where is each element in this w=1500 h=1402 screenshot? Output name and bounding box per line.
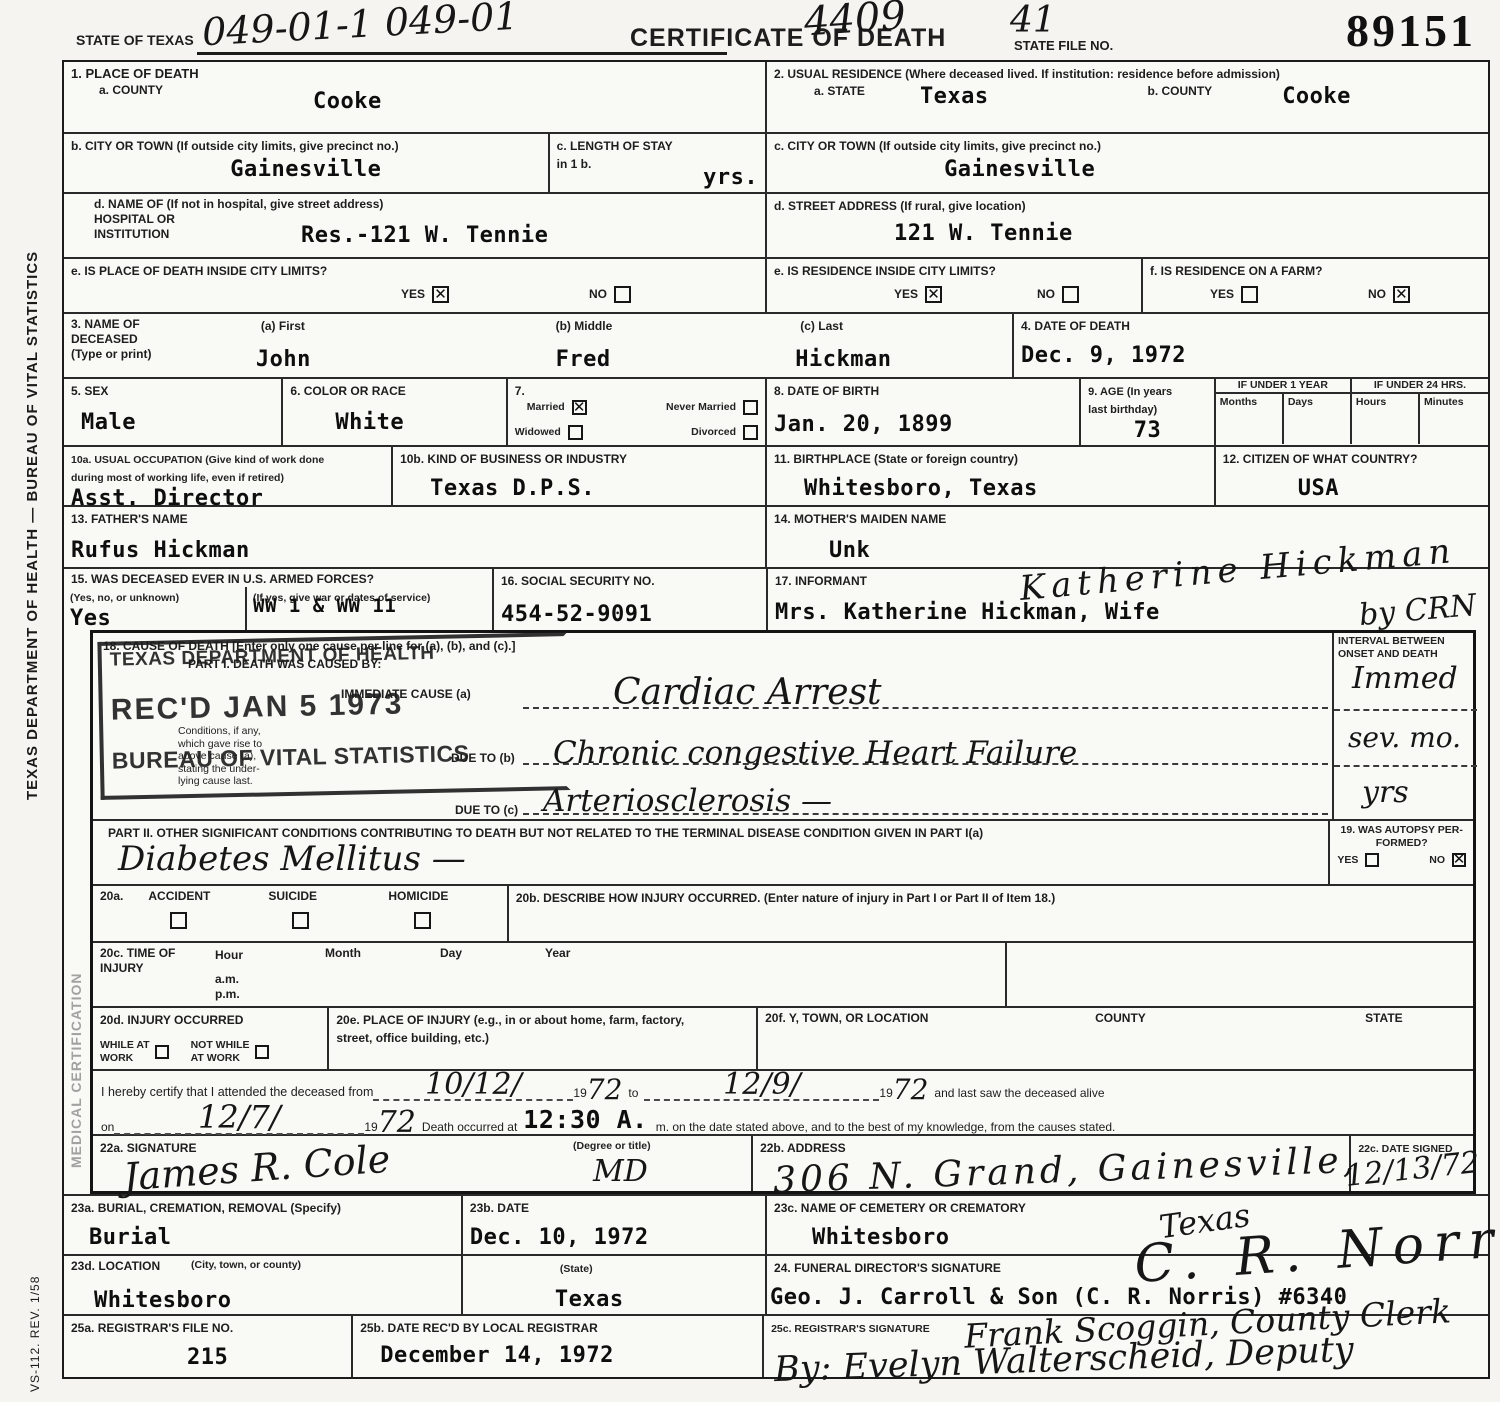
marital-married: Married✕: [527, 400, 587, 415]
field-5-sex: 5. SEX Male: [64, 379, 281, 445]
middle-name-value: Fred: [556, 347, 756, 372]
if-under-1-year-label: IF UNDER 1 YEAR: [1216, 379, 1352, 392]
stamp-bureau-line: BUREAU OF VITAL STATISTICS: [112, 738, 558, 774]
citizen-value: USA: [1298, 476, 1481, 501]
autopsy-yes: YES: [1337, 853, 1379, 867]
last-seen-line: 12/7/: [114, 1105, 364, 1135]
row-22: 22a. SIGNATURE (Degree or title) James R…: [93, 1134, 1473, 1191]
days-label: Days: [1284, 394, 1352, 444]
sex-value: Male: [81, 410, 274, 435]
field-9-age: 9. AGE (In years last birthday) 73: [1079, 379, 1214, 445]
field-2-usual-residence: 2. USUAL RESIDENCE (Where deceased lived…: [765, 62, 1488, 132]
row-place-residence: 1. PLACE OF DEATH a. COUNTY Cooke 2. USU…: [64, 62, 1488, 132]
row-occupation: 10a. USUAL OCCUPATION (Give kind of work…: [64, 445, 1488, 505]
last-seen-handwritten: 12/7/: [198, 1098, 281, 1136]
registrars-file-no-value: 215: [71, 1345, 344, 1370]
farm-no-checkbox: ✕: [1393, 286, 1410, 303]
attended-to-line: 12/9/: [644, 1073, 879, 1101]
residence-limits-no: NO: [1037, 286, 1079, 303]
place-limits-yes-checkbox: ✕: [432, 286, 449, 303]
header-rule: [197, 52, 727, 55]
field-1c-length-of-stay: c. LENGTH OF STAY in 1 b. yrs.: [548, 134, 765, 192]
field-8-date-of-birth: 8. DATE OF BIRTH Jan. 20, 1899: [765, 379, 1079, 445]
field-15-armed-forces: 15. WAS DECEASED EVER IN U.S. ARMED FORC…: [64, 569, 492, 630]
farm-yes: YES: [1210, 286, 1258, 303]
place-limits-no: NO: [589, 286, 631, 303]
residence-city-value: Gainesville: [944, 157, 1481, 182]
field-7-marital-status: 7. Married✕ Never Married Widowed Divorc…: [506, 379, 765, 445]
interval-column: INTERVAL BETWEEN ONSET AND DEATH Immed s…: [1332, 633, 1477, 819]
autopsy-no: NO✕: [1429, 853, 1466, 867]
burial-date-value: Dec. 10, 1972: [470, 1225, 758, 1250]
if-under-24-hrs-label: IF UNDER 24 HRS.: [1352, 379, 1488, 392]
marital-widowed: Widowed: [515, 425, 583, 440]
row-city: b. CITY OR TOWN (If outside city limits,…: [64, 132, 1488, 192]
married-checkbox: ✕: [572, 400, 587, 415]
field-6-color-or-race: 6. COLOR OR RACE White: [281, 379, 505, 445]
marital-divorced: Divorced: [691, 425, 758, 440]
place-county-value: Cooke: [313, 89, 382, 114]
marital-never-married: Never Married: [666, 400, 758, 415]
first-name-value: John: [256, 347, 456, 372]
field-20d-injury-occurred: 20d. INJURY OCCURRED WHILE AT WORK NOT W…: [93, 1008, 327, 1069]
state-file-no-label: STATE FILE NO.: [1014, 38, 1113, 54]
last-name-value: Hickman: [795, 347, 1005, 372]
field-20f-location: 20f. Y, TOWN, OR LOCATION COUNTY STATE: [756, 1008, 1473, 1069]
field-23a-burial: 23a. BURIAL, CREMATION, REMOVAL (Specify…: [64, 1196, 461, 1254]
cause-b-line: Chronic congestive Heart Failure: [523, 709, 1328, 765]
field-23d-location: 23d. LOCATION (City, town, or county) Wh…: [64, 1256, 461, 1314]
field-16-ssn: 16. SOCIAL SECURITY NO. 454-52-9091: [492, 569, 766, 630]
burial-state-value: Texas: [555, 1287, 758, 1312]
attended-from-line: 10/12/: [373, 1073, 573, 1101]
field-20a-manner: 20a. ACCIDENT SUICIDE HOMICIDE: [93, 886, 507, 941]
handwritten-number-1: 4409: [803, 0, 908, 45]
months-label: Months: [1216, 394, 1284, 444]
field-20e-place-of-injury: 20e. PLACE OF INJURY (e.g., in or about …: [327, 1008, 756, 1069]
field-25a-registrars-file-no: 25a. REGISTRAR'S FILE NO. 215: [64, 1316, 351, 1377]
field-23b-date: 23b. DATE Dec. 10, 1972: [461, 1196, 765, 1254]
field-22b-address: 22b. ADDRESS 306 N. Grand, Gainesville,: [751, 1136, 1349, 1191]
interval-c-handwritten: yrs: [1362, 775, 1409, 810]
field-20b-describe-injury: 20b. DESCRIBE HOW INJURY OCCURRED. (Ente…: [507, 886, 1473, 941]
while-at-work-checkbox: [155, 1045, 169, 1059]
divorced-checkbox: [743, 425, 758, 440]
header: STATE OF TEXAS 049-01-1 049-01 CERTIFICA…: [62, 0, 1490, 60]
row-part2-autopsy: PART II. OTHER SIGNIFICANT CONDITIONS CO…: [93, 819, 1473, 884]
medical-certification-block: 18. CAUSE OF DEATH [Enter only one cause…: [90, 630, 1476, 1194]
interval-b-handwritten: sev. mo.: [1348, 721, 1461, 754]
row-address: d. NAME OF (If not in hospital, give str…: [64, 192, 1488, 257]
place-city-value: Gainesville: [71, 157, 541, 182]
age-value: 73: [1088, 418, 1207, 443]
field-12-citizen: 12. CITIZEN OF WHAT COUNTRY? USA: [1214, 447, 1488, 505]
field-10a-occupation: 10a. USUAL OCCUPATION (Give kind of work…: [64, 447, 391, 505]
field-1b-city: b. CITY OR TOWN (If outside city limits,…: [64, 134, 548, 192]
cause-c-line: Arteriosclerosis —: [523, 765, 1328, 815]
burial-location-value: Whitesboro: [94, 1288, 231, 1313]
cause-c-handwritten: Arteriosclerosis —: [543, 783, 832, 819]
certificate-form: 1. PLACE OF DEATH a. COUNTY Cooke 2. USU…: [62, 60, 1490, 1379]
hours-label: Hours: [1352, 394, 1420, 444]
row-20a-20b: 20a. ACCIDENT SUICIDE HOMICIDE 20b. DESC…: [93, 884, 1473, 941]
autopsy-no-checkbox: ✕: [1452, 853, 1466, 867]
homicide-checkbox: [414, 912, 431, 929]
interval-a-handwritten: Immed: [1352, 661, 1458, 696]
field-3-name-of-deceased: 3. NAME OF DECEASED (Type or print) (a) …: [64, 314, 1012, 377]
date-recd-value: December 14, 1972: [380, 1343, 755, 1368]
physician-degree-handwritten: MD: [593, 1154, 648, 1189]
field-1e-inside-city-limits: e. IS PLACE OF DEATH INSIDE CITY LIMITS?…: [64, 259, 765, 312]
part2-handwritten: Diabetes Mellitus —: [118, 839, 466, 879]
row-20c: 20c. TIME OF INJURY Hour a.m. p.m. Month…: [93, 941, 1473, 1006]
ssn-value: 454-52-9091: [501, 602, 759, 627]
attended-from-handwritten: 10/12/: [425, 1067, 522, 1102]
field-18-part2: PART II. OTHER SIGNIFICANT CONDITIONS CO…: [93, 821, 1328, 884]
burial-value: Burial: [89, 1225, 454, 1250]
to-year-handwritten: 72: [893, 1079, 929, 1101]
birthplace-value: Whitesboro, Texas: [804, 476, 1207, 501]
stamp-date-line: REC'D JAN 5 1973: [110, 684, 557, 727]
form-number: VS-112. REV. 1/58: [28, 1276, 42, 1392]
field-22a-signature: 22a. SIGNATURE (Degree or title) James R…: [93, 1136, 751, 1191]
physician-address-handwritten: 306 N. Grand, Gainesville,: [773, 1140, 1359, 1201]
business-value: Texas D.P.S.: [430, 476, 758, 501]
informant-initials-handwritten: by CRN: [1357, 588, 1477, 633]
cause-a-line: Cardiac Arrest: [523, 633, 1328, 709]
field-2e-residence-limits: e. IS RESIDENCE INSIDE CITY LIMITS? YES✕…: [765, 259, 1141, 312]
row-name: 3. NAME OF DECEASED (Type or print) (a) …: [64, 312, 1488, 377]
field-1d-hospital: d. NAME OF (If not in hospital, give str…: [64, 194, 765, 257]
date-of-death-value: Dec. 9, 1972: [1021, 343, 1481, 368]
residence-state-value: Texas: [920, 84, 989, 109]
widowed-checkbox: [568, 425, 583, 440]
residence-county-value: Cooke: [1282, 84, 1351, 109]
row-limits: e. IS PLACE OF DEATH INSIDE CITY LIMITS?…: [64, 257, 1488, 312]
field-1-place-of-death: 1. PLACE OF DEATH a. COUNTY Cooke: [64, 62, 765, 132]
place-limits-no-checkbox: [614, 286, 631, 303]
row-25: 25a. REGISTRAR'S FILE NO. 215 25b. DATE …: [64, 1314, 1488, 1377]
field-20c-time-of-injury: 20c. TIME OF INJURY Hour a.m. p.m. Month…: [93, 943, 1005, 1006]
field-10b-business: 10b. KIND OF BUSINESS OR INDUSTRY Texas …: [391, 447, 765, 505]
field-21-certification: I hereby certify that I attended the dec…: [93, 1069, 1473, 1134]
war-service-value: WW 1 & WW 11: [253, 596, 486, 618]
autopsy-yes-checkbox: [1365, 853, 1379, 867]
never-married-checkbox: [743, 400, 758, 415]
agency-vertical-text: TEXAS DEPARTMENT OF HEALTH — BUREAU OF V…: [24, 251, 41, 800]
attended-to-handwritten: 12/9/: [723, 1067, 800, 1102]
field-25c-registrars-signature: 25c. REGISTRAR'S SIGNATURE Frank Scoggin…: [762, 1316, 1488, 1377]
field-13-fathers-name: 13. FATHER'S NAME Rufus Hickman: [64, 507, 765, 567]
field-20b-continuation: [1005, 943, 1473, 1006]
state-of-texas-label: STATE OF TEXAS: [76, 32, 194, 50]
field-19-autopsy: 19. WAS AUTOPSY PER- FORMED? YES NO✕: [1328, 821, 1473, 884]
field-25b-date-recd: 25b. DATE REC'D BY LOCAL REGISTRAR Decem…: [351, 1316, 762, 1377]
race-value: White: [335, 410, 498, 435]
residence-limits-yes-checkbox: ✕: [925, 286, 942, 303]
handwritten-number-2: 41: [1010, 0, 1056, 41]
district-numbers-handwritten: 049-01-1 049-01: [201, 0, 519, 54]
date-of-birth-value: Jan. 20, 1899: [774, 412, 1072, 437]
field-2d-street-address: d. STREET ADDRESS (If rural, give locati…: [765, 194, 1488, 257]
place-limits-yes: YES✕: [401, 286, 449, 303]
cause-a-handwritten: Cardiac Arrest: [613, 672, 882, 713]
row-demographics: 5. SEX Male 6. COLOR OR RACE White 7. Ma…: [64, 377, 1488, 445]
field-9-under-age-grid: IF UNDER 1 YEAR IF UNDER 24 HRS. Months …: [1214, 379, 1488, 445]
farm-no: NO✕: [1368, 286, 1410, 303]
field-2f-residence-farm: f. IS RESIDENCE ON A FARM? YES NO✕: [1141, 259, 1488, 312]
minutes-label: Minutes: [1420, 394, 1488, 444]
residence-limits-no-checkbox: [1062, 286, 1079, 303]
suicide-checkbox: [292, 912, 309, 929]
field-23d-state: (State) Texas: [461, 1256, 765, 1314]
field-2c-city: c. CITY OR TOWN (If outside city limits,…: [765, 134, 1488, 192]
stamp-agency-line: TEXAS DEPARTMENT OF HEALTH: [110, 640, 556, 671]
not-while-at-work-checkbox: [255, 1045, 269, 1059]
on-year-handwritten: 72: [378, 1111, 416, 1135]
field-11-birthplace: 11. BIRTHPLACE (State or foreign country…: [765, 447, 1214, 505]
armed-forces-value: Yes: [70, 606, 239, 631]
field-4-date-of-death: 4. DATE OF DEATH Dec. 9, 1972: [1012, 314, 1488, 377]
field-18-cause-of-death: 18. CAUSE OF DEATH [Enter only one cause…: [93, 633, 1473, 819]
state-file-number: 89151: [1346, 8, 1476, 54]
from-year-handwritten: 72: [587, 1079, 623, 1101]
fathers-name-value: Rufus Hickman: [71, 538, 758, 563]
street-address-value: 121 W. Tennie: [894, 221, 1481, 246]
residence-limits-yes: YES✕: [894, 286, 942, 303]
field-22c-date-signed: 22c. DATE SIGNED 12/13/72: [1349, 1136, 1473, 1191]
time-of-death-value: 12:30 A.: [523, 1106, 647, 1135]
received-stamp: TEXAS DEPARTMENT OF HEALTH REC'D JAN 5 1…: [97, 632, 570, 800]
accident-checkbox: [170, 912, 187, 929]
row-20d-20f: 20d. INJURY OCCURRED WHILE AT WORK NOT W…: [93, 1006, 1473, 1069]
farm-yes-checkbox: [1241, 286, 1258, 303]
